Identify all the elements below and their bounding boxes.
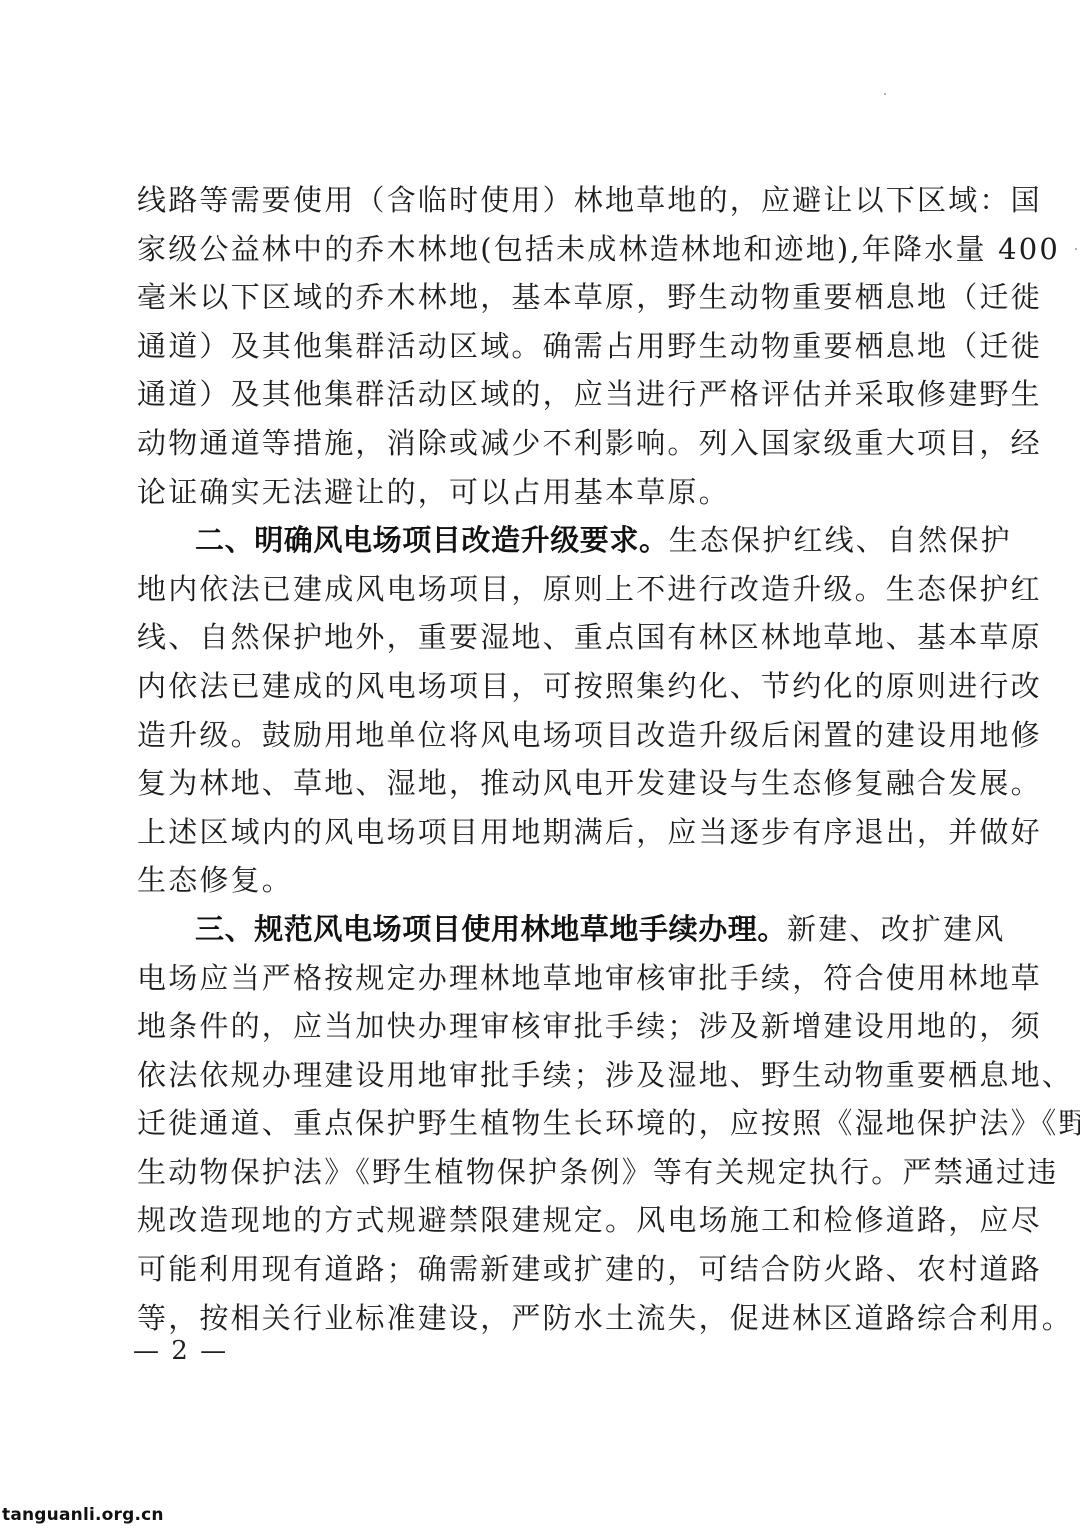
text-line: 三、规范风电场项目使用林地草地手续办理。新建、改扩建风 xyxy=(137,905,937,954)
text-run: 生态保护红线、自然保护 xyxy=(669,523,1012,557)
text-line: 迁徙通道、重点保护野生植物生长环境的，应按照《湿地保护法》《野 xyxy=(137,1099,937,1148)
text-line: 生态修复。 xyxy=(137,856,937,905)
text-line: 线、自然保护地外，重要湿地、重点国有林区林地草地、基本草原 xyxy=(137,613,937,662)
document-page: 线路等需要使用（含临时使用）林地草地的，应避让以下区域：国 家级公益林中的乔木林… xyxy=(0,0,1080,1528)
scan-speck xyxy=(884,93,886,95)
text-line: 上述区域内的风电场项目用地期满后，应当逐步有序退出，并做好 xyxy=(137,808,937,857)
text-line: 依法依规办理建设用地审批手续；涉及湿地、野生动物重要栖息地、 xyxy=(137,1051,937,1100)
text-line: 可能利用现有道路；确需新建或扩建的，可结合防火路、农村道路 xyxy=(137,1245,937,1294)
text-line: 家级公益林中的乔木林地(包括未成林造林地和迹地),年降水量 400 xyxy=(137,225,937,274)
text-line: 毫米以下区域的乔木林地，基本草原，野生动物重要栖息地（迁徙 xyxy=(137,273,937,322)
text-line: 规改造现地的方式规避禁限建规定。风电场施工和检修道路，应尽 xyxy=(137,1196,937,1245)
document-body: 线路等需要使用（含临时使用）林地草地的，应避让以下区域：国 家级公益林中的乔木林… xyxy=(137,176,937,1342)
scan-speck xyxy=(1075,248,1077,250)
text-line: 线路等需要使用（含临时使用）林地草地的，应避让以下区域：国 xyxy=(137,176,937,225)
paragraph-1: 线路等需要使用（含临时使用）林地草地的，应避让以下区域：国 家级公益林中的乔木林… xyxy=(137,176,937,516)
site-watermark: tanguanli.org.cn xyxy=(2,1505,164,1525)
text-line: 二、明确风电场项目改造升级要求。生态保护红线、自然保护 xyxy=(137,516,937,565)
text-line: 通道）及其他集群活动区域的，应当进行严格评估并采取修建野生 xyxy=(137,370,937,419)
text-line: 论证确实无法避让的，可以占用基本草原。 xyxy=(137,468,937,517)
text-line: 内依法已建成的风电场项目，可按照集约化、节约化的原则进行改 xyxy=(137,662,937,711)
text-line: 通道）及其他集群活动区域。确需占用野生动物重要栖息地（迁徙 xyxy=(137,322,937,371)
text-line: 地条件的，应当加快办理审核审批手续；涉及新增建设用地的，须 xyxy=(137,1002,937,1051)
page-number: — 2 — xyxy=(133,1336,228,1366)
section-heading: 二、明确风电场项目改造升级要求。 xyxy=(195,523,669,557)
text-line: 地内依法已建成风电场项目，原则上不进行改造升级。生态保护红 xyxy=(137,565,937,614)
section-heading: 三、规范风电场项目使用林地草地手续办理。 xyxy=(195,912,787,946)
text-line: 复为林地、草地、湿地，推动风电开发建设与生态修复融合发展。 xyxy=(137,759,937,808)
text-line: 动物通道等措施，消除或减少不利影响。列入国家级重大项目，经 xyxy=(137,419,937,468)
text-line: 造升级。鼓励用地单位将风电场项目改造升级后闲置的建设用地修 xyxy=(137,711,937,760)
text-line: 生动物保护法》《野生植物保护条例》等有关规定执行。严禁通过违 xyxy=(137,1148,937,1197)
paragraph-3: 三、规范风电场项目使用林地草地手续办理。新建、改扩建风 电场应当严格按规定办理林… xyxy=(137,905,937,1342)
text-line: 等，按相关行业标准建设，严防水土流失，促进林区道路综合利用。 xyxy=(137,1294,937,1343)
paragraph-2: 二、明确风电场项目改造升级要求。生态保护红线、自然保护 地内依法已建成风电场项目… xyxy=(137,516,937,905)
text-run: 新建、改扩建风 xyxy=(787,912,1005,946)
text-line: 电场应当严格按规定办理林地草地审核审批手续，符合使用林地草 xyxy=(137,954,937,1003)
